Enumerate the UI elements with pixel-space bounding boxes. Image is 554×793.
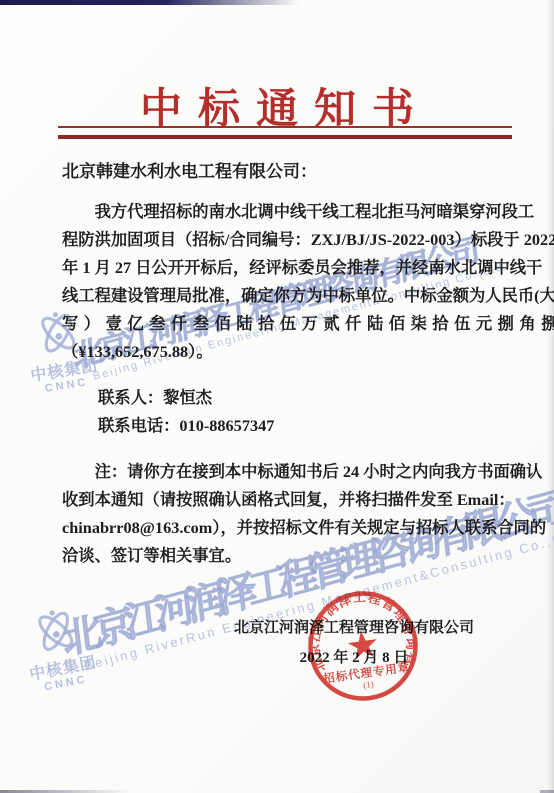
cnnc-name-cn: 中核集团 bbox=[19, 654, 106, 686]
seal-number: (1) bbox=[363, 679, 375, 690]
contact-info: 联系人：黎恒杰 联系电话：010-88657347 bbox=[98, 384, 274, 440]
atom-icon bbox=[26, 602, 85, 661]
recipient-line: 北京韩建水利水电工程有限公司： bbox=[62, 157, 317, 182]
body-line: 线工程建设管理局批准，确定你方为中标单位。中标金额为人民币(大 bbox=[62, 282, 516, 310]
body-line: 年 1 月 27 日公开开标后，经评标委员会推荐，并经南水北调中线干 bbox=[62, 254, 516, 282]
note-paragraph: 注：请你方在接到本中标通知书后 24 小时之内向我方书面确认 收到本通知（请按照… bbox=[62, 458, 516, 570]
signature-company: 北京江河润泽工程管理咨询有限公司 bbox=[234, 616, 474, 637]
body-line: 程防洪加固项目（招标/合同编号：ZXJ/BJ/JS-2022-003）标段于 2… bbox=[62, 226, 516, 254]
note-line: 收到本通知（请按照确认函格式回复，并将扫描件发至 Email： bbox=[62, 486, 516, 514]
title-rule-thick bbox=[58, 135, 512, 139]
title-rule-thin bbox=[58, 126, 512, 128]
body-paragraph: 我方代理招标的南水北调中线干线工程北拒马河暗渠穿河段工 程防洪加固项目（招标/合… bbox=[62, 198, 516, 366]
body-line: 我方代理招标的南水北调中线干线工程北拒马河暗渠穿河段工 bbox=[62, 198, 516, 226]
note-line: 注：请你方在接到本中标通知书后 24 小时之内向我方书面确认 bbox=[62, 458, 516, 486]
cnnc-watermark-logo: 中核集团 CNNC bbox=[9, 599, 109, 698]
scanned-document-page: 北京江河润泽工程管理咨询有限公司 Beijing RiverRun Engine… bbox=[0, 0, 554, 793]
note-line: 洽谈、签订等相关事宜。 bbox=[62, 542, 516, 570]
signature-date: 2022 年 2 月 8 日 bbox=[234, 646, 474, 667]
contact-phone: 联系电话：010-88657347 bbox=[98, 412, 274, 440]
body-line-amount-figures: （¥133,652,675.88）。 bbox=[62, 338, 516, 366]
note-line-email: chinabrr08@163.com），并按招标文件有关规定与招标人联系合同的 bbox=[62, 514, 516, 542]
scan-edge-top bbox=[0, 0, 300, 5]
contact-person: 联系人：黎恒杰 bbox=[98, 384, 274, 412]
cnnc-name-en: CNNC bbox=[23, 670, 110, 697]
body-line-amount-words: 写）壹亿叁仟叁佰陆拾伍万贰仟陆佰柒拾伍元捌角捌分 bbox=[62, 310, 516, 338]
